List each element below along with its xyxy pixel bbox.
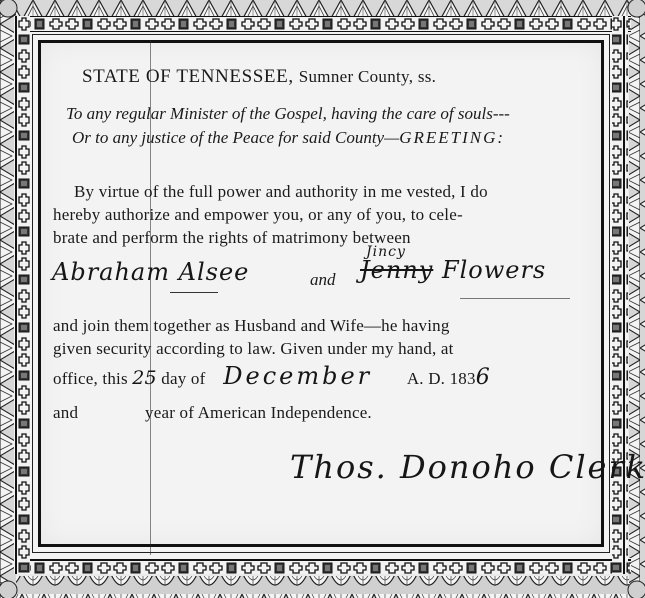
salutation-line-1: To any regular Minister of the Gospel, h…: [66, 104, 510, 124]
body-line-4: and join them together as Husband and Wi…: [53, 316, 450, 336]
names-connector: and: [310, 270, 336, 290]
year-digit-handwritten: 6: [476, 365, 490, 390]
document-heading: STATE OF TENNESSEE, Sumner County, ss.: [82, 66, 436, 88]
independence-prefix: and: [53, 403, 78, 422]
clerk-signature: Thos. Donoho Clerk: [290, 448, 645, 486]
groom-name-handwritten: Abraham Alsee: [52, 258, 249, 286]
heading-state: STATE OF TENNESSEE,: [82, 66, 294, 87]
independence-suffix: year of American Independence.: [145, 403, 372, 423]
body-line-7: and year of American Independence.: [53, 403, 78, 423]
date-mid: day of: [161, 369, 205, 388]
bride-name-handwritten: Jincy Jenny Flowers: [360, 256, 546, 284]
bride-name-correction: Jincy: [366, 244, 406, 260]
month-handwritten: December: [223, 362, 372, 390]
groom-name-underline: [170, 292, 218, 293]
anno-domini: A. D. 183: [407, 369, 476, 388]
heading-county: Sumner County, ss.: [299, 67, 436, 86]
body-line-6: office, this 25 day of December A. D. 18…: [53, 362, 490, 390]
day-handwritten: 25: [132, 367, 157, 389]
date-prefix: office, this: [53, 369, 128, 388]
salutation-line-2-text: Or to any justice of the Peace for said …: [72, 128, 399, 147]
body-line-3: brate and perform the rights of matrimon…: [53, 228, 411, 248]
greeting-word: GREETING:: [399, 128, 505, 147]
body-line-5: given security according to law. Given u…: [53, 339, 454, 359]
body-line-2: hereby authorize and empower you, or any…: [53, 205, 463, 225]
body-line-1: By virtue of the full power and authorit…: [74, 182, 488, 202]
bride-surname: Flowers: [442, 256, 546, 284]
bride-name-underline: [460, 298, 570, 299]
salutation-line-2: Or to any justice of the Peace for said …: [72, 128, 505, 148]
bride-name-struck: Jenny: [360, 256, 433, 284]
marriage-license-document: STATE OF TENNESSEE, Sumner County, ss. T…: [0, 0, 645, 598]
